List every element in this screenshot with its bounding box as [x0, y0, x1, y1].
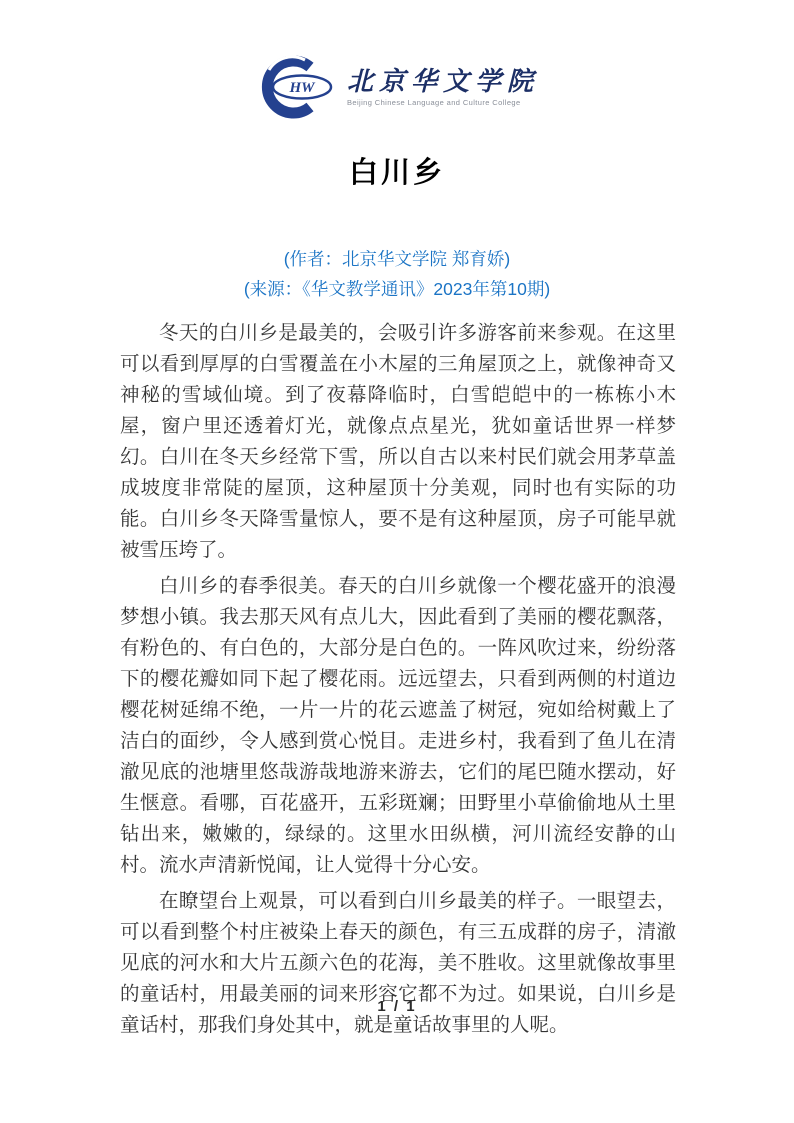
logo-text-block: 北京华文学院 Beijing Chinese Language and Cult… — [347, 68, 539, 107]
article-body: 冬天的白川乡是最美的，会吸引许多游客前来参观。在这里可以看到厚厚的白雪覆盖在小木… — [120, 318, 676, 1041]
paragraph: 白川乡的春季很美。春天的白川乡就像一个樱花盛开的浪漫梦想小镇。我去那天风有点儿大… — [120, 571, 676, 881]
paragraph: 在瞭望台上观景，可以看到白川乡最美的样子。一眼望去，可以看到整个村庄被染上春天的… — [120, 886, 676, 1041]
document-title: 白川乡 — [0, 150, 794, 191]
source-line: (来源：《华文教学通讯》2023年第10期) — [0, 274, 794, 304]
page-number: 1 / 1 — [0, 998, 794, 1015]
logo-acronym: HW — [288, 80, 316, 96]
paragraph: 冬天的白川乡是最美的，会吸引许多游客前来参观。在这里可以看到厚厚的白雪覆盖在小木… — [120, 318, 676, 566]
author-line: (作者：北京华文学院 郑育娇) — [0, 244, 794, 274]
byline: (作者：北京华文学院 郑育娇) (来源：《华文教学通讯》2023年第10期) — [0, 244, 794, 304]
institution-logo: HW 北京华文学院 Beijing Chinese Language and C… — [0, 0, 794, 120]
college-name-en: Beijing Chinese Language and Culture Col… — [347, 98, 539, 107]
college-emblem-icon: HW — [255, 54, 343, 120]
document-page: HW 北京华文学院 Beijing Chinese Language and C… — [0, 0, 794, 1123]
college-name-cn: 北京华文学院 — [347, 68, 539, 96]
